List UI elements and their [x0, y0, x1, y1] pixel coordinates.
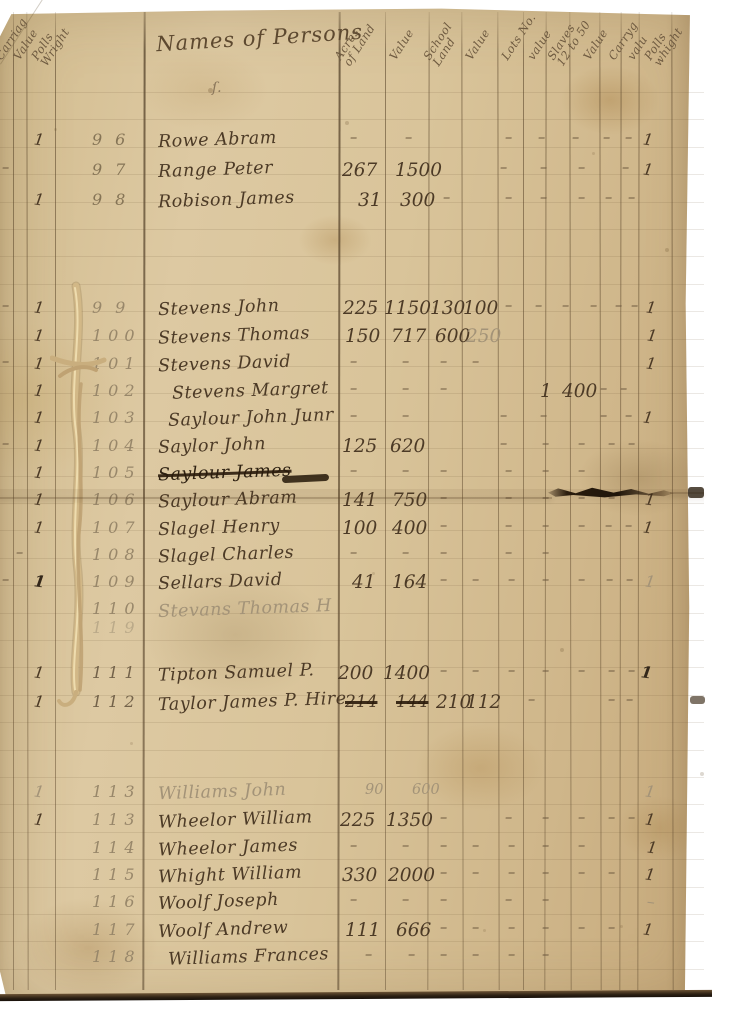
empty-cell-dash: – [505, 463, 512, 479]
ledger-row: –97Range Peter2671500––––1 [0, 160, 730, 186]
person-name: Range Peter [158, 158, 274, 182]
empty-cell-dash: – [440, 545, 447, 561]
empty-cell-dash: – [440, 892, 447, 908]
row-number: 98 [92, 190, 138, 209]
cell-value: 125 [342, 436, 377, 457]
empty-cell-dash: – [505, 810, 512, 826]
empty-cell-dash: – [605, 190, 612, 206]
polls-mark-left: 1 [33, 691, 46, 711]
empty-cell-dash: – [472, 354, 479, 370]
empty-cell-dash: – [505, 892, 512, 908]
empty-cell-dash: – [505, 545, 512, 561]
paper-speck [54, 128, 57, 131]
empty-cell-dash: – [505, 518, 512, 534]
empty-cell-dash: – [578, 518, 585, 534]
empty-cell-dash: – [350, 545, 357, 561]
empty-cell-dash: – [590, 298, 597, 314]
cell-value: 1150 [384, 298, 431, 319]
person-name: Saylour John Junr [168, 405, 334, 431]
cell-value: 100 [342, 518, 377, 539]
empty-cell-dash: – [542, 436, 549, 452]
cell-value: 620 [390, 436, 425, 457]
empty-cell-dash: – [572, 130, 579, 146]
cell-value: 267 [342, 160, 377, 181]
empty-cell-dash: – [402, 463, 409, 479]
empty-cell-dash: – [625, 518, 632, 534]
paper-speck [483, 929, 486, 932]
ledger-row: 116Woolf Joseph–––––– [0, 892, 730, 918]
person-name: Williams Frances [168, 944, 330, 970]
edge-notch-icon [690, 696, 705, 704]
cell-value: 400 [562, 381, 597, 402]
polls-mark-right: 1 [644, 571, 657, 591]
empty-cell-dash: – [578, 920, 585, 936]
empty-cell-dash: – [542, 572, 549, 588]
polls-mark-left: 1 [33, 189, 46, 209]
cell-value: 100 [463, 298, 498, 319]
empty-cell-dash: – [443, 190, 450, 206]
empty-cell-dash: – [578, 810, 585, 826]
polls-mark-left: 1 [33, 435, 46, 455]
cell-value: 41 [352, 572, 376, 593]
person-name: Saylor John [158, 434, 267, 458]
empty-cell-dash: – [440, 354, 447, 370]
empty-cell-dash: – [350, 408, 357, 424]
empty-cell-dash: – [402, 354, 409, 370]
empty-cell-dash: – [608, 436, 615, 452]
paper-speck [208, 88, 213, 93]
empty-cell-dash: – [542, 545, 549, 561]
cell-value: 90 [365, 782, 383, 798]
polls-mark-left: 1 [33, 781, 46, 801]
empty-cell-dash: – [628, 810, 635, 826]
empty-cell-dash: – [440, 838, 447, 854]
empty-cell-dash: – [350, 463, 357, 479]
person-name: Williams John [158, 780, 287, 804]
empty-cell-dash: – [440, 920, 447, 936]
person-name: Stevens David [158, 352, 292, 377]
polls-mark-right: 1 [642, 129, 655, 149]
empty-cell-dash: – [603, 130, 610, 146]
cell-value: 111 [345, 920, 380, 941]
person-name: Tipton Samuel P. [158, 660, 315, 685]
cell-value: 112 [466, 692, 501, 713]
empty-cell-dash: – [402, 381, 409, 397]
polls-mark-left: 1 [33, 571, 47, 591]
person-name: Saylour James [158, 461, 292, 486]
person-name: Stevens John [158, 296, 280, 320]
empty-cell-dash: – [578, 865, 585, 881]
person-name: Rowe Abram [158, 128, 277, 152]
empty-cell-dash: – [578, 463, 585, 479]
paper-speck [372, 572, 375, 575]
polls-mark-left: 1 [33, 297, 46, 317]
empty-cell-dash: – [408, 947, 415, 963]
empty-cell-dash: – [542, 947, 549, 963]
ledger-row: 196Rowe Abram–––––––1 [0, 130, 730, 156]
row-guide-rule [0, 92, 704, 93]
empty-cell-dash: – [578, 160, 585, 176]
empty-cell-dash: – [606, 572, 613, 588]
empty-cell-dash: – [622, 160, 629, 176]
polls-mark-right: 1 [642, 919, 655, 939]
row-number: 117 [92, 920, 141, 939]
empty-cell-dash: – [350, 892, 357, 908]
empty-cell-dash: – [405, 130, 412, 146]
empty-cell-dash: – [608, 692, 615, 708]
margin-mark: – [2, 572, 9, 588]
empty-cell-dash: – [508, 865, 515, 881]
empty-cell-dash: – [500, 408, 507, 424]
empty-cell-dash: – [500, 436, 507, 452]
empty-cell-dash: – [600, 381, 607, 397]
empty-cell-dash: – [365, 947, 372, 963]
paper-speck [665, 248, 669, 252]
empty-cell-dash: – [542, 663, 549, 679]
cell-value: 1 [540, 381, 552, 402]
empty-cell-dash: – [440, 463, 447, 479]
person-name: Wheelor James [158, 836, 299, 861]
polls-mark-right: 1 [644, 809, 657, 829]
row-guide-rule [0, 256, 704, 257]
cell-value: 225 [343, 298, 378, 319]
ledger-row: 198Robison James31300–––––– [0, 190, 730, 216]
paper-speck [700, 772, 704, 776]
polls-mark-left: 1 [33, 809, 46, 829]
cell-value: 214 [345, 692, 377, 712]
empty-cell-dash: – [350, 130, 357, 146]
empty-cell-dash: – [440, 572, 447, 588]
person-name: Whight William [158, 862, 303, 887]
empty-cell-dash: – [535, 298, 542, 314]
empty-cell-dash: – [628, 663, 635, 679]
polls-mark-right: 1 [644, 864, 657, 884]
empty-cell-dash: – [472, 572, 479, 588]
empty-cell-dash: – [472, 947, 479, 963]
polls-mark-right: 1 [645, 297, 658, 317]
empty-cell-dash: – [440, 810, 447, 826]
empty-cell-dash: – [440, 518, 447, 534]
cell-value: 1350 [386, 810, 433, 831]
empty-cell-dash: – [628, 190, 635, 206]
empty-cell-dash: – [542, 838, 549, 854]
paper-speck [433, 306, 436, 309]
cell-value: 150 [345, 326, 380, 347]
empty-cell-dash: – [578, 663, 585, 679]
polls-mark-left: 1 [33, 517, 46, 537]
empty-cell-dash: – [508, 663, 515, 679]
empty-cell-dash: – [402, 838, 409, 854]
empty-cell-dash: – [402, 892, 409, 908]
cell-value: 164 [392, 572, 427, 593]
ledger-row: 114Wheelor James–––––––1 [0, 838, 730, 864]
empty-cell-dash: – [542, 810, 549, 826]
polls-mark-right: 1 [644, 781, 657, 801]
ledger-row: 1113Wheelor William2251350––––––1 [0, 810, 730, 836]
empty-cell-dash: – [625, 408, 632, 424]
row-guide-rule [0, 750, 704, 751]
empty-cell-dash: – [508, 838, 515, 854]
polls-mark-left: 1 [33, 462, 46, 482]
person-name: Stevens Thomas [158, 323, 311, 348]
empty-cell-dash: – [608, 663, 615, 679]
empty-cell-dash: – [578, 572, 585, 588]
polls-mark-right: 1 [646, 325, 659, 345]
empty-cell-dash: – [608, 865, 615, 881]
empty-cell-dash: – [350, 838, 357, 854]
polls-mark-right: 1 [642, 407, 655, 427]
cell-value: 31 [358, 190, 382, 211]
empty-cell-dash: – [508, 920, 515, 936]
empty-cell-dash: – [625, 130, 632, 146]
ink-flourish: ſ. [212, 80, 222, 96]
row-number: 115 [92, 865, 141, 884]
person-name: Slagel Charles [158, 543, 295, 568]
polls-mark-right: 1 [642, 517, 655, 537]
empty-cell-dash: – [620, 381, 627, 397]
person-name: Wheelor William [158, 807, 313, 832]
margin-mark: – [2, 354, 9, 370]
empty-cell-dash: – [472, 663, 479, 679]
empty-cell-dash: – [578, 838, 585, 854]
empty-cell-dash: – [542, 865, 549, 881]
empty-cell-dash: – [600, 408, 607, 424]
row-number: 114 [92, 838, 141, 857]
row-guide-rule [0, 777, 704, 778]
empty-cell-dash: – [472, 920, 479, 936]
cell-value: 300 [400, 190, 435, 211]
person-name: Woolf Andrew [158, 918, 289, 943]
ledger-row: 117Woolf Andrew111666––––––1 [0, 920, 730, 946]
cell-value: 1400 [383, 663, 430, 684]
polls-mark-right: 1 [646, 837, 659, 857]
empty-cell-dash: – [508, 947, 515, 963]
empty-cell-dash: – [540, 408, 547, 424]
empty-cell-dash: – [542, 920, 549, 936]
edge-notch-icon [688, 487, 704, 498]
margin-mark: – [2, 160, 9, 176]
cell-value: 1500 [395, 160, 442, 181]
row-number: 96 [92, 130, 138, 149]
ledger-row: 118Williams Frances–––––– [0, 947, 730, 973]
polls-mark-right: 1 [640, 662, 654, 682]
empty-cell-dash: – [472, 838, 479, 854]
empty-cell-dash: – [605, 518, 612, 534]
cell-value: 330 [342, 865, 377, 886]
empty-cell-dash: – [508, 572, 515, 588]
margin-mark: – [16, 545, 23, 561]
cell-value: 717 [391, 326, 426, 347]
cell-value: 225 [340, 810, 375, 831]
polls-mark-left: 1 [33, 325, 46, 345]
polls-mark-left: 1 [33, 353, 46, 373]
row-number: 118 [92, 947, 141, 966]
row-guide-rule [0, 722, 704, 723]
person-name: Sellars David [158, 570, 283, 594]
empty-cell-dash: – [540, 160, 547, 176]
person-name: Woolf Joseph [158, 890, 279, 914]
cell-value: 400 [392, 518, 427, 539]
empty-cell-dash: – [542, 463, 549, 479]
paper-speck [130, 742, 133, 745]
margin-mark: – [2, 436, 9, 452]
empty-cell-dash: – [350, 354, 357, 370]
empty-cell-dash: – [500, 160, 507, 176]
polls-mark-left: 1 [33, 380, 46, 400]
empty-cell-dash: – [578, 190, 585, 206]
polls-mark-left: 1 [33, 407, 46, 427]
empty-cell-dash: – [608, 920, 615, 936]
row-number: 113 [92, 782, 141, 801]
empty-cell-dash: – [440, 865, 447, 881]
empty-cell-dash: – [562, 298, 569, 314]
empty-cell-dash: – [440, 663, 447, 679]
fold-crease-left [0, 497, 552, 499]
empty-cell-dash: – [626, 572, 633, 588]
paper-speck [592, 152, 595, 155]
ledger-row: 115Whight William3302000––––––1 [0, 865, 730, 891]
empty-cell-dash: – [402, 408, 409, 424]
row-guide-rule [0, 119, 704, 120]
empty-cell-dash: – [631, 298, 638, 314]
empty-cell-dash: – [542, 892, 549, 908]
polls-mark-right: – [646, 892, 657, 912]
empty-cell-dash: – [472, 865, 479, 881]
cell-value: 666 [396, 920, 431, 941]
empty-cell-dash: – [505, 190, 512, 206]
row-number: 97 [92, 160, 138, 179]
empty-cell-dash: – [578, 436, 585, 452]
polls-mark-right: 1 [645, 353, 658, 373]
empty-cell-dash: – [440, 381, 447, 397]
cell-value: 250 [466, 326, 501, 347]
paper-speck [560, 648, 564, 652]
paper-speck [345, 121, 349, 125]
person-name: Robison James [158, 188, 295, 213]
person-name: Taylor James P. Hire [158, 689, 347, 716]
cell-value: 600 [412, 782, 440, 798]
margin-mark: – [2, 298, 9, 314]
row-number: 116 [92, 892, 141, 911]
empty-cell-dash: – [626, 692, 633, 708]
empty-cell-dash: – [615, 298, 622, 314]
polls-mark-right: 1 [642, 159, 655, 179]
empty-cell-dash: – [628, 436, 635, 452]
cell-value: 200 [338, 663, 373, 684]
empty-cell-dash: – [505, 130, 512, 146]
empty-cell-dash: – [350, 381, 357, 397]
empty-cell-dash: – [528, 692, 535, 708]
empty-cell-dash: – [608, 810, 615, 826]
row-guide-rule [0, 229, 704, 230]
paper-speck [620, 925, 623, 928]
person-name: Slagel Henry [158, 516, 281, 540]
person-name: Stevens Margret [172, 378, 329, 403]
ledger-row: 1113Williams John906001 [0, 782, 730, 808]
cell-value: 144 [396, 692, 428, 712]
scanned-ledger-page: Names of Persons ſ. CarriagValuePolls Wr… [0, 0, 730, 1024]
empty-cell-dash: – [540, 190, 547, 206]
polls-mark-left: 1 [33, 662, 46, 682]
empty-cell-dash: – [538, 130, 545, 146]
row-number: 113 [92, 810, 141, 829]
empty-cell-dash: – [402, 545, 409, 561]
empty-cell-dash: – [505, 298, 512, 314]
empty-cell-dash: – [542, 518, 549, 534]
cell-value: 2000 [388, 865, 435, 886]
polls-mark-left: 1 [33, 129, 46, 149]
empty-cell-dash: – [440, 947, 447, 963]
